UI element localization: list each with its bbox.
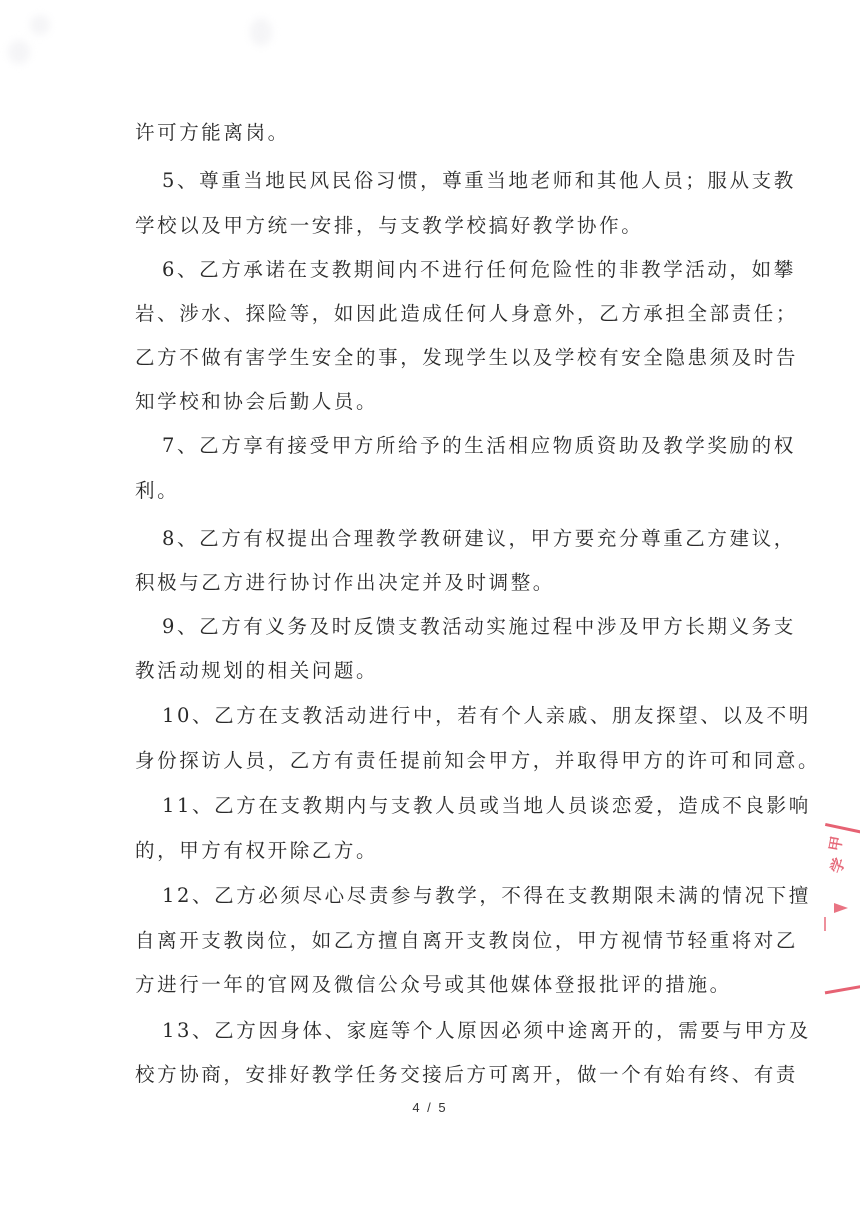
text-line: 身份探访人员，乙方有责任提前知会甲方，并取得甲方的许可和同意。	[135, 747, 735, 775]
text-line: 5、尊重当地民风民俗习惯，尊重当地老师和其他人员；服从支教	[162, 167, 762, 195]
stamp-char: 甲	[824, 834, 847, 852]
text-line: 乙方不做有害学生安全的事，发现学生以及学校有安全隐患须及时告	[135, 344, 735, 372]
stamp-border-arc	[823, 977, 860, 995]
text-line: 13、乙方因身体、家庭等个人原因必须中途离开的，需要与甲方及	[162, 1017, 762, 1045]
text-line: 9、乙方有义务及时反馈支教活动实施过程中涉及甲方长期义务支	[162, 613, 762, 641]
scan-smudge	[8, 40, 30, 64]
text-line: 教活动规划的相关问题。	[135, 657, 735, 685]
text-line: 许可方能离岗。	[135, 119, 735, 147]
text-line: 岩、涉水、探险等，如因此造成任何人身意外，乙方承担全部责任；	[135, 300, 735, 328]
red-seal-stamp: 甲 学	[818, 825, 860, 995]
text-line: 8、乙方有权提出合理教学教研建议，甲方要充分尊重乙方建议，	[162, 525, 762, 553]
text-line: 积极与乙方进行协讨作出决定并及时调整。	[135, 569, 735, 597]
text-line: 方进行一年的官网及微信公众号或其他媒体登报批评的措施。	[135, 971, 735, 999]
text-line: 10、乙方在支教活动进行中，若有个人亲戚、朋友探望、以及不明	[162, 702, 762, 730]
scan-smudge	[30, 15, 50, 35]
text-line: 的，甲方有权开除乙方。	[135, 837, 735, 865]
text-line: 7、乙方享有接受甲方所给予的生活相应物质资助及教学奖励的权	[162, 432, 762, 460]
stamp-mark	[824, 917, 826, 931]
text-line: 11、乙方在支教期内与支教人员或当地人员谈恋爱，造成不良影响	[162, 792, 762, 820]
text-line: 知学校和协会后勤人员。	[135, 388, 735, 416]
text-line: 利。	[135, 477, 735, 505]
text-line: 6、乙方承诺在支教期间内不进行任何危险性的非教学活动，如攀	[162, 256, 762, 284]
stamp-char: 学	[825, 855, 850, 876]
text-line: 自离开支教岗位，如乙方擅自离开支教岗位，甲方视情节轻重将对乙	[135, 927, 735, 955]
stamp-star-icon	[834, 903, 848, 913]
text-line: 12、乙方必须尽心尽责参与教学，不得在支教期限未满的情况下擅	[162, 882, 762, 910]
document-page: 许可方能离岗。 5、尊重当地民风民俗习惯，尊重当地老师和其他人员；服从支教 学校…	[0, 0, 860, 1221]
text-line: 校方协商，安排好教学任务交接后方可离开，做一个有始有终、有责	[135, 1061, 735, 1089]
text-line: 学校以及甲方统一安排，与支教学校搞好教学协作。	[135, 212, 735, 240]
page-number: 4 / 5	[0, 1100, 860, 1115]
scan-smudge	[250, 18, 272, 46]
